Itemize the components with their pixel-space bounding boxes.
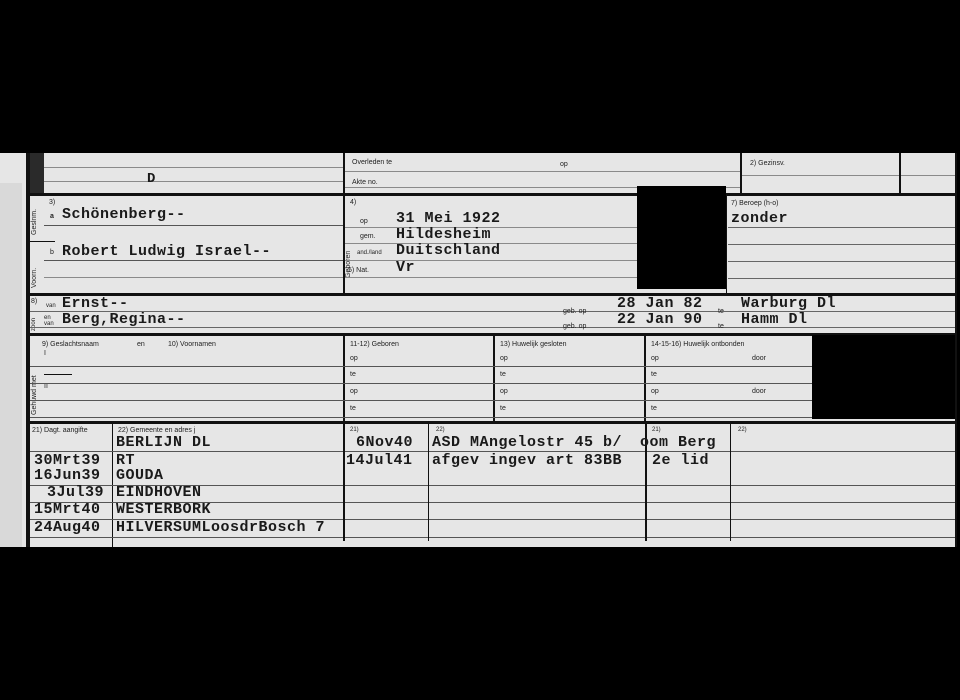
geboren-op-1: op bbox=[350, 355, 358, 362]
rule bbox=[44, 225, 344, 226]
gehuwd-vertical-label: Gehuwd met bbox=[31, 375, 38, 415]
rule bbox=[30, 537, 957, 538]
surname: Schönenberg-- bbox=[62, 206, 186, 223]
ontbonden-op-2: op bbox=[651, 388, 659, 395]
geslnm-vertical-label: Geslnm. bbox=[31, 209, 38, 235]
rule bbox=[345, 260, 637, 261]
rule bbox=[30, 327, 957, 328]
gesloten-header: 13) Huwelijk gesloten bbox=[500, 341, 567, 348]
row-i-label: I bbox=[44, 350, 46, 357]
card-letter: D bbox=[147, 171, 156, 187]
residence-address: afgev ingev art 83BB bbox=[432, 452, 622, 469]
card-corner bbox=[0, 153, 22, 183]
frame-left bbox=[26, 153, 30, 547]
father-birth-date: 28 Jan 82 bbox=[617, 295, 703, 312]
person-registration-card: D Overleden te op Akte no. 2) Gezinsv. G… bbox=[0, 153, 957, 547]
rule bbox=[728, 227, 957, 228]
nationality: Vr bbox=[396, 259, 415, 276]
ontbonden-te-2: te bbox=[651, 405, 657, 412]
akte-label: Akte no. bbox=[352, 179, 378, 186]
frame-right bbox=[955, 153, 957, 547]
residence-address: BERLIJN DL bbox=[116, 434, 211, 451]
gesloten-te-1: te bbox=[500, 371, 506, 378]
rule bbox=[742, 175, 957, 176]
residence-address: EINDHOVEN bbox=[116, 484, 202, 501]
rule bbox=[30, 400, 812, 401]
birth-land-label: and./land bbox=[357, 250, 382, 256]
residence-date: 3Jul39 bbox=[47, 484, 104, 501]
residence-date: 14Jul41 bbox=[346, 452, 413, 469]
father-te-label: te bbox=[718, 308, 724, 315]
geboren-op-2: op bbox=[350, 388, 358, 395]
residence-address-header-2: 22) bbox=[436, 427, 445, 433]
mother-geb-op-label: geb. op bbox=[563, 323, 586, 330]
ontbonden-header: 14-15-16) Huwelijk ontbonden bbox=[651, 341, 744, 348]
rule bbox=[44, 277, 344, 278]
nat-label: 5) Nat. bbox=[348, 267, 369, 274]
residence-address-header: 22) Gemeente en adres j bbox=[118, 427, 195, 434]
birth-gem-label: gem. bbox=[360, 233, 376, 240]
birth-date: 31 Mei 1922 bbox=[396, 210, 501, 227]
given-names: Robert Ludwig Israel-- bbox=[62, 243, 271, 260]
gesloten-op-2: op bbox=[500, 388, 508, 395]
rule bbox=[44, 167, 344, 168]
overleden-label: Overleden te bbox=[352, 159, 392, 166]
divider bbox=[343, 424, 345, 541]
occupation-label: 7) Beroep (h-o) bbox=[731, 200, 778, 207]
voorn-vertical-label: Voorn. bbox=[31, 268, 38, 288]
father-name: Ernst-- bbox=[62, 295, 129, 312]
mother-name: Berg,Regina-- bbox=[62, 311, 186, 328]
parents-field-number: 8) bbox=[31, 298, 37, 305]
divider bbox=[343, 195, 345, 293]
rule bbox=[44, 181, 344, 182]
divider bbox=[730, 424, 731, 541]
en-van-label: en van bbox=[44, 315, 58, 327]
occupation-value: zonder bbox=[731, 210, 788, 227]
residence-address: ASD MAngelostr 45 b/ bbox=[432, 434, 622, 451]
residence-col4-header: 22) bbox=[738, 427, 747, 433]
residence-address: WESTERBORK bbox=[116, 501, 211, 518]
rule bbox=[30, 383, 812, 384]
residence-date: 24Aug40 bbox=[34, 519, 101, 536]
rule bbox=[30, 241, 55, 242]
divider bbox=[493, 336, 495, 421]
divider bbox=[644, 336, 646, 421]
divider bbox=[899, 153, 901, 195]
zoon-vertical-label: zoon bbox=[31, 318, 37, 331]
geboren-te-1: te bbox=[350, 371, 356, 378]
ontbonden-door-2: door bbox=[752, 388, 766, 395]
marker-a: a bbox=[50, 213, 54, 220]
redaction-block bbox=[812, 335, 955, 419]
rule bbox=[728, 261, 957, 262]
van-label: van bbox=[46, 303, 56, 309]
geboren-te-2: te bbox=[350, 405, 356, 412]
residence-date-header-2: 21) bbox=[350, 427, 359, 433]
birth-country: Duitschland bbox=[396, 242, 501, 259]
mother-te-label: te bbox=[718, 323, 724, 330]
residence-note: oom Berg bbox=[640, 434, 716, 451]
rule bbox=[345, 277, 637, 278]
residence-date: 15Mrt40 bbox=[34, 501, 101, 518]
redaction-block bbox=[637, 186, 726, 289]
section-divider bbox=[26, 193, 957, 196]
rule bbox=[30, 366, 812, 367]
birth-op-label: op bbox=[360, 218, 368, 225]
residence-address: GOUDA bbox=[116, 467, 164, 484]
ontbonden-door-1: door bbox=[752, 355, 766, 362]
en-label: en bbox=[137, 341, 145, 348]
divider bbox=[726, 195, 727, 293]
rule bbox=[30, 417, 812, 418]
father-geb-op-label: geb. op bbox=[563, 308, 586, 315]
birth-place: Hildesheim bbox=[396, 226, 491, 243]
residence-date: 6Nov40 bbox=[356, 434, 413, 451]
gesloten-op-1: op bbox=[500, 355, 508, 362]
gezinsv-label: 2) Gezinsv. bbox=[750, 160, 785, 167]
residence-date: 16Jun39 bbox=[34, 467, 101, 484]
rule bbox=[728, 278, 957, 279]
rule bbox=[345, 171, 740, 172]
residence-col3-header: 21) bbox=[652, 427, 661, 433]
voornamen-header: 10) Voornamen bbox=[168, 341, 216, 348]
mother-birth-date: 22 Jan 90 bbox=[617, 311, 703, 328]
residence-date-header: 21) Dagt. aangifte bbox=[32, 427, 88, 434]
overleden-op-label: op bbox=[560, 161, 568, 168]
father-birth-place: Warburg Dl bbox=[741, 295, 836, 312]
divider bbox=[428, 424, 429, 541]
section-divider bbox=[26, 421, 957, 424]
mother-birth-place: Hamm Dl bbox=[741, 311, 808, 328]
divider bbox=[343, 336, 345, 421]
ontbonden-op-1: op bbox=[651, 355, 659, 362]
name-field-number: 3) bbox=[49, 199, 55, 206]
card-left-edge bbox=[0, 183, 22, 547]
birth-field-number: 4) bbox=[350, 199, 356, 206]
ontbonden-te-1: te bbox=[651, 371, 657, 378]
rule bbox=[44, 374, 72, 375]
gesloten-te-2: te bbox=[500, 405, 506, 412]
rule bbox=[728, 244, 957, 245]
residence-address: HILVERSUMLoosdrBosch 7 bbox=[116, 519, 325, 536]
row-ii-label: II bbox=[44, 383, 48, 390]
rule bbox=[44, 260, 344, 261]
residence-note: 2e lid bbox=[652, 452, 709, 469]
marker-b: b bbox=[50, 249, 54, 256]
name-header: 9) Geslachtsnaam bbox=[42, 341, 99, 348]
divider bbox=[740, 153, 742, 195]
geboren-header: 11-12) Geboren bbox=[350, 341, 399, 348]
